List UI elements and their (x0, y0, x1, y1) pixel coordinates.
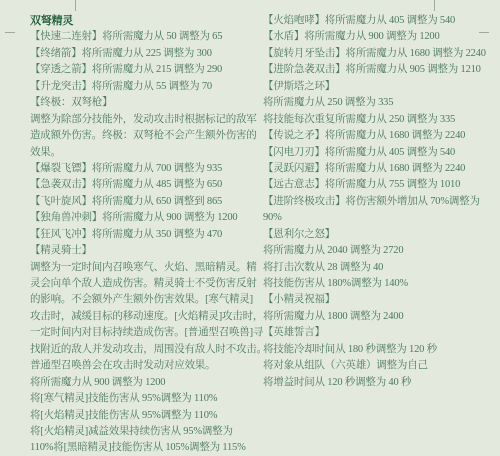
text-line: 110%将[黑暗精灵]技能伤害从 105%调整为 115% (30, 440, 260, 456)
right-column: 【火焰咆哮】将所需魔力从 405 调整为 540【水盾】将所需魔力从 900 调… (263, 13, 495, 391)
text-line: 将技能每次重复所需魔力从 250 调整为 335 (263, 112, 495, 128)
text-line: 将[火焰精灵]技能伤害从 95%调整为 110% (30, 408, 260, 424)
text-line: 将所需魔力从 1800 调整为 2400 (263, 309, 495, 325)
text-line: 90% (263, 210, 495, 226)
text-line: 【恩利尔之怒】 (263, 227, 495, 243)
text-line: 【爆裂飞镖】将所需魔力从 700 调整为 935 (30, 161, 260, 177)
document-page: 双弩精灵 【快速二连射】将所需魔力从 50 调整为 65【终绪箭】将所需魔力从 … (0, 0, 500, 456)
text-line: 【进阶急袭双击】将所需魔力从 905 调整为 1210 (263, 62, 495, 78)
text-line: 的影响。不会额外产生额外伤害效果。[寒气精灵] (30, 292, 260, 308)
text-line: 【狂风飞冲】将所需魔力从 350 调整为 470 (30, 227, 260, 243)
text-line: 一定时间内对目标持续造成伤害。[普通型召唤兽]寻 (30, 325, 260, 341)
text-line: 将[火焰精灵]减益效果持续伤害从 95%调整为 (30, 424, 260, 440)
text-line: 将增益时间从 120 秒调整为 40 秒 (263, 375, 495, 391)
crop-mark-top-left (75, 0, 76, 11)
text-line: 效果。 (30, 145, 260, 161)
text-line: 【火焰咆哮】将所需魔力从 405 调整为 540 (263, 13, 495, 29)
text-line: 【急袭双击】将所需魔力从 485 调整为 650 (30, 177, 260, 193)
crop-mark-top-right (434, 0, 435, 11)
text-line: 【伊斯塔之环】 (263, 79, 495, 95)
text-line: 攻击时，减缓目标的移动速度。[火焰精灵]攻击时， (30, 309, 260, 325)
text-line: 【远古意志】将所需魔力从 755 调整为 1010 (263, 177, 495, 193)
text-line: 灵会向单个敌人造成伤害。精灵骑士不受伤害反射 (30, 276, 260, 292)
text-line: 【传说之矛】将所需魔力从 1680 调整为 2240 (263, 128, 495, 144)
left-column: 双弩精灵 【快速二连射】将所需魔力从 50 调整为 65【终绪箭】将所需魔力从 … (30, 13, 260, 456)
text-line: 【终极：双弩枪】 (30, 95, 260, 111)
text-line: 【闪电刀刃】将所需魔力从 405 调整为 540 (263, 145, 495, 161)
text-line: 【小精灵祝福】 (263, 292, 495, 308)
text-line: 【旋转月牙坠击】将所需魔力从 1680 调整为 2240 (263, 46, 495, 62)
text-line: 【水盾】将所需魔力从 900 调整为 1200 (263, 29, 495, 45)
text-line: 造成额外伤害。终极：双弩枪不会产生额外伤害的 (30, 128, 260, 144)
crop-mark-left (5, 32, 15, 33)
text-line: 【独角兽冲刺】将所需魔力从 900 调整为 1200 (30, 210, 260, 226)
text-line: 将对象从组队（六英雄）调整为自己 (263, 358, 495, 374)
text-line: 【进阶终极攻击】将伤害额外增加从 70%调整为 (263, 194, 495, 210)
left-column-lines: 【快速二连射】将所需魔力从 50 调整为 65【终绪箭】将所需魔力从 225 调… (30, 29, 260, 456)
text-line: 将所需魔力从 250 调整为 335 (263, 95, 495, 111)
text-line: 【快速二连射】将所需魔力从 50 调整为 65 (30, 29, 260, 45)
text-line: 【升龙突击】将所需魔力从 55 调整为 70 (30, 79, 260, 95)
page-title: 双弩精灵 (30, 13, 260, 29)
text-line: 将所需魔力从 900 调整为 1200 (30, 375, 260, 391)
text-line: 将所需魔力从 2040 调整为 2720 (263, 243, 495, 259)
text-line: 【穿透之箭】将所需魔力从 215 调整为 290 (30, 62, 260, 78)
text-line: 调整为除部分技能外，发动攻击时根据标记的敌军 (30, 112, 260, 128)
text-line: 【灵跃闪避】将所需魔力从 1680 调整为 2240 (263, 161, 495, 177)
text-line: 将技能冷却时间从 180 秒调整为 120 秒 (263, 342, 495, 358)
text-line: 将打击次数从 28 调整为 40 (263, 260, 495, 276)
text-line: 【英雄誓言】 (263, 325, 495, 341)
text-line: 【终绪箭】将所需魔力从 225 调整为 300 (30, 46, 260, 62)
text-line: 普通型召唤兽会在攻击时发动对应效果。 (30, 358, 260, 374)
text-line: 【飞叶旋风】将所需魔力从 650 调整到 865 (30, 194, 260, 210)
text-line: 将[寒气精灵]技能伤害从 95%调整为 110% (30, 391, 260, 407)
text-line: 将技能伤害从 180%调整为 140% (263, 276, 495, 292)
text-line: 找附近的敌人并发动攻击，周围没有敌人时不攻击。 (30, 342, 260, 358)
text-line: 调整为一定时间内召唤寒气、火焰、黑暗精灵。精 (30, 260, 260, 276)
text-line: 【精灵骑士】 (30, 243, 260, 259)
